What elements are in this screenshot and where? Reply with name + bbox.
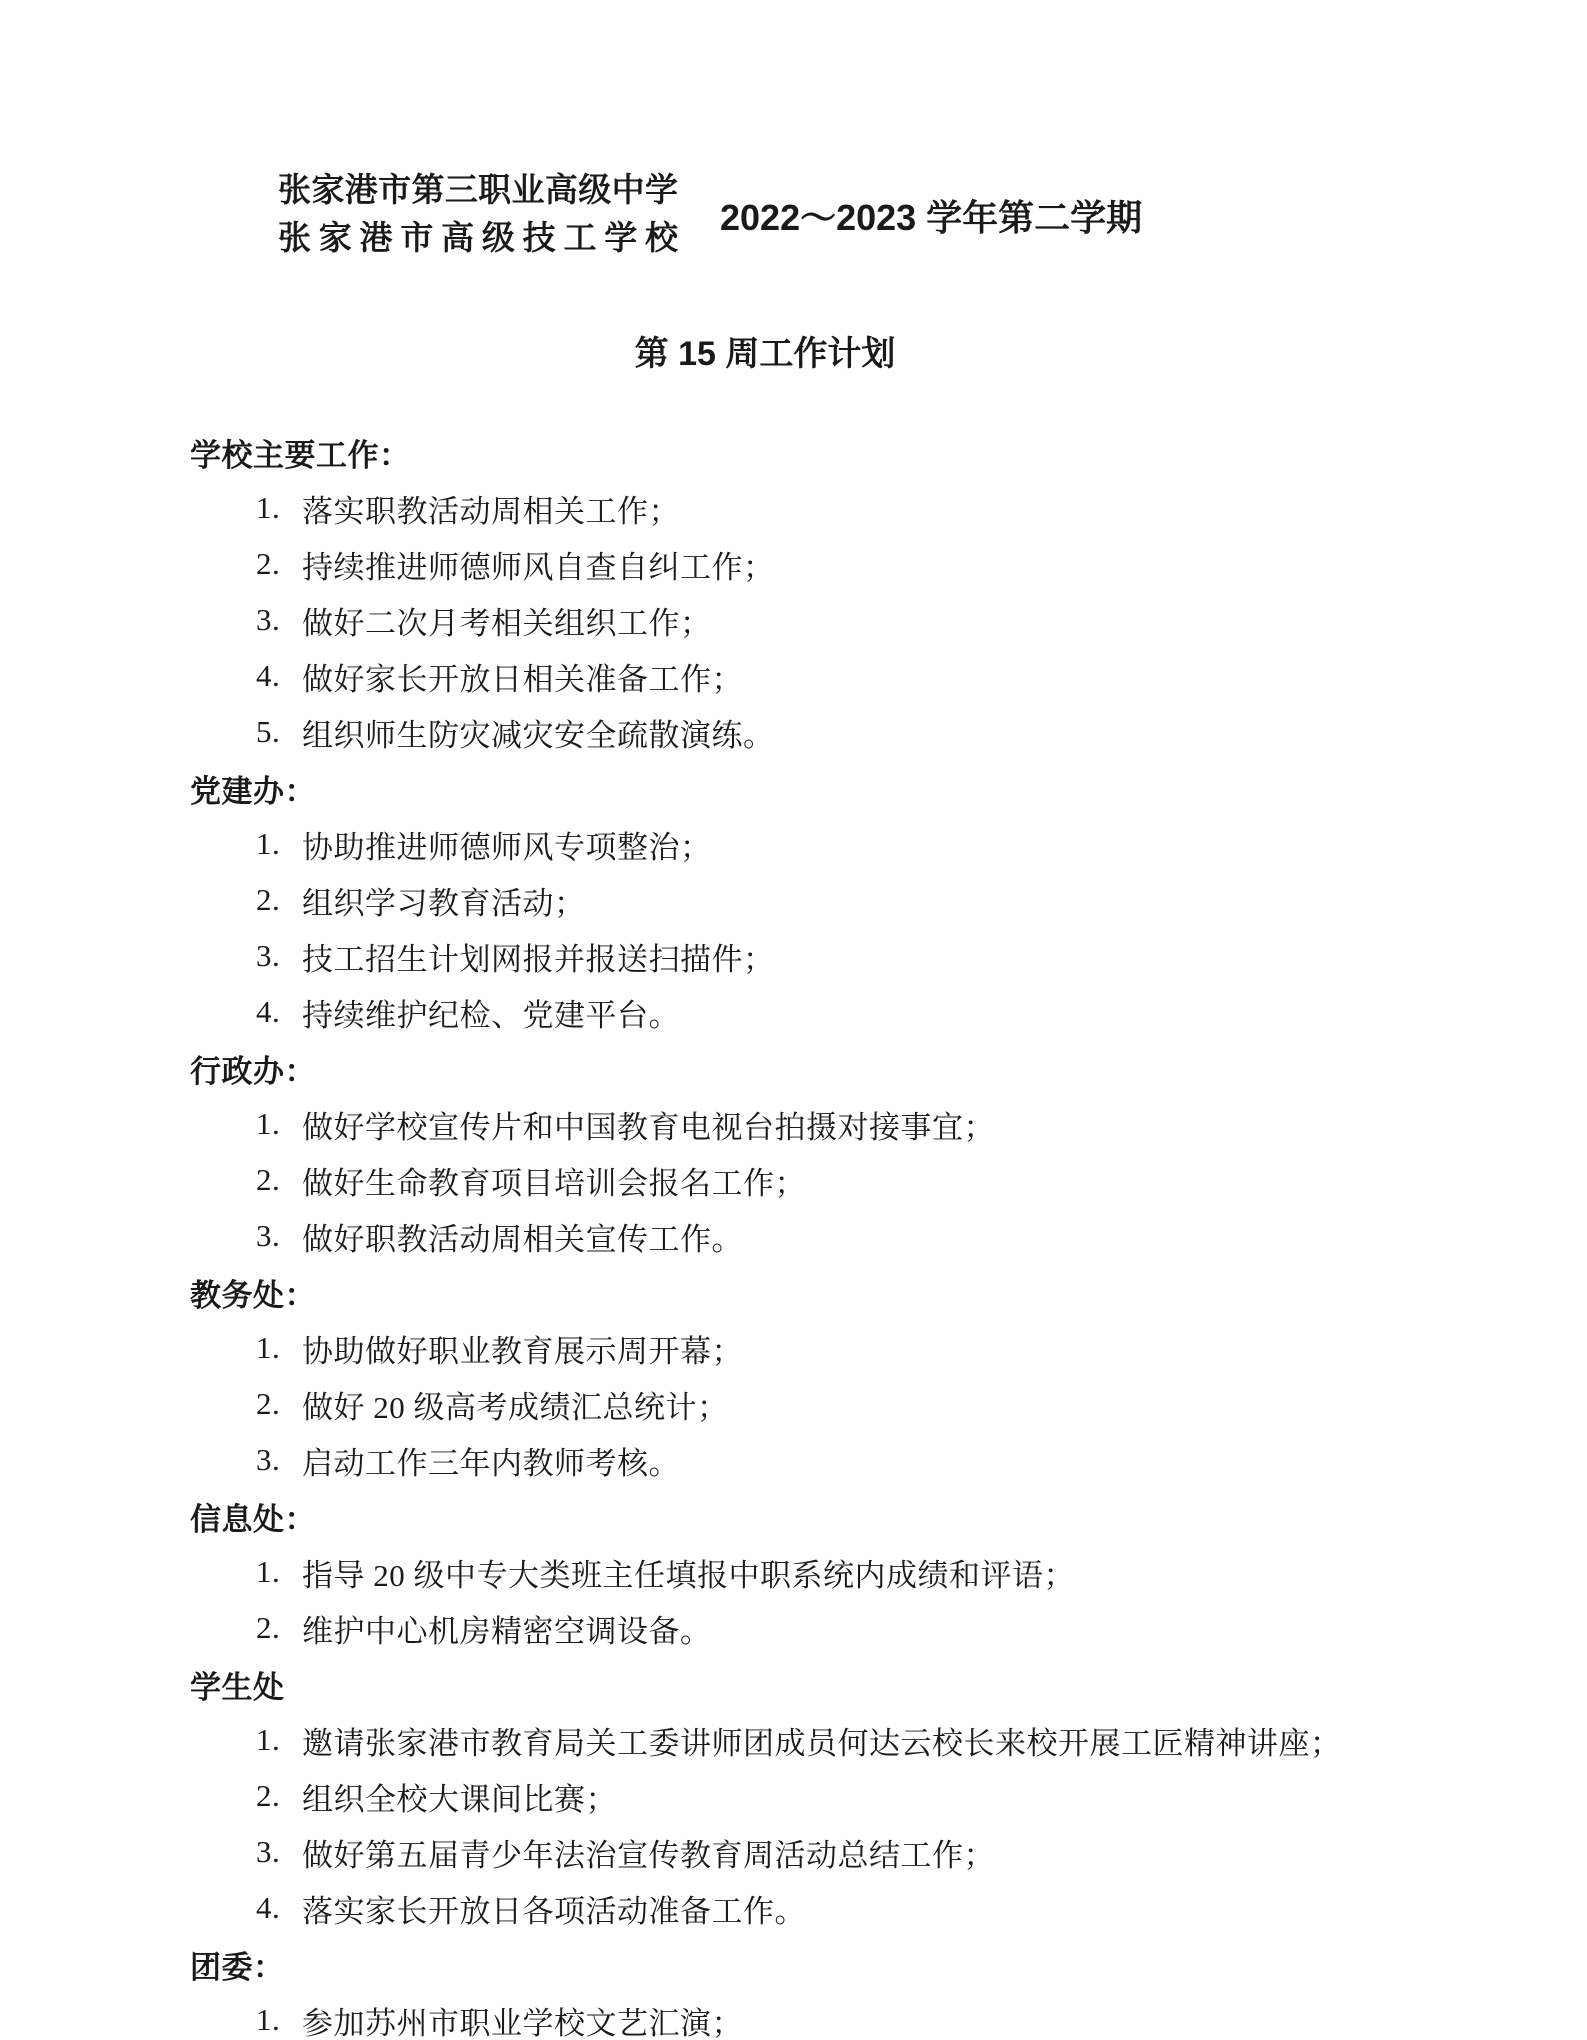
semester-label: 2022～2023 学年第二学期 xyxy=(720,190,1142,241)
item-number: 1. xyxy=(256,1554,302,1590)
list-item: 4. 做好家长开放日相关准备工作； xyxy=(190,648,1477,704)
section-heading: 学生处 xyxy=(190,1656,1477,1712)
item-number: 2. xyxy=(256,1386,302,1422)
list-item: 1. 落实职教活动周相关工作； xyxy=(190,480,1477,536)
list-item: 4. 落实家长开放日各项活动准备工作。 xyxy=(190,1880,1477,1936)
list-item: 3. 做好第五届青少年法治宣传教育周活动总结工作； xyxy=(190,1824,1477,1880)
item-text: 维护中心机房精密空调设备。 xyxy=(302,1606,712,1651)
item-number: 3. xyxy=(256,1442,302,1478)
item-number: 1. xyxy=(256,826,302,862)
list-item: 2. 维护中心机房精密空调设备。 xyxy=(190,1600,1477,1656)
item-text: 做好职教活动周相关宣传工作。 xyxy=(302,1214,743,1259)
item-number: 4. xyxy=(256,1890,302,1926)
item-text: 组织师生防灾减灾安全疏散演练。 xyxy=(302,710,775,755)
item-number: 4. xyxy=(256,994,302,1030)
item-number: 3. xyxy=(256,1218,302,1254)
item-text: 落实职教活动周相关工作； xyxy=(302,486,680,531)
item-number: 2. xyxy=(256,546,302,582)
item-number: 2. xyxy=(256,1778,302,1814)
item-number: 2. xyxy=(256,882,302,918)
item-number: 2. xyxy=(256,1162,302,1198)
list-item: 2. 持续推进师德师风自查自纠工作； xyxy=(190,536,1477,592)
list-item: 5. 组织师生防灾减灾安全疏散演练。 xyxy=(190,704,1477,760)
item-text: 组织全校大课间比赛； xyxy=(302,1774,617,1819)
item-number: 4. xyxy=(256,658,302,694)
list-item: 1. 做好学校宣传片和中国教育电视台拍摄对接事宜； xyxy=(190,1096,1477,1152)
item-text: 做好家长开放日相关准备工作； xyxy=(302,654,743,699)
item-text: 做好第五届青少年法治宣传教育周活动总结工作； xyxy=(302,1830,995,1875)
list-item: 1. 协助推进师德师风专项整治； xyxy=(190,816,1477,872)
list-item: 1. 指导 20 级中专大类班主任填报中职系统内成绩和评语； xyxy=(190,1544,1477,1600)
list-item: 1. 参加苏州市职业学校文艺汇演； xyxy=(190,1992,1477,2040)
list-item: 3. 做好职教活动周相关宣传工作。 xyxy=(190,1208,1477,1264)
document-page: 张家港市第三职业高级中学 张家港市高级技工学校 2022～2023 学年第二学期… xyxy=(0,0,1587,2040)
item-text: 技工招生计划网报并报送扫描件； xyxy=(302,934,775,979)
list-item: 4. 持续维护纪检、党建平台。 xyxy=(190,984,1477,1040)
item-text: 邀请张家港市教育局关工委讲师团成员何达云校长来校开展工匠精神讲座； xyxy=(302,1718,1342,1763)
school-name-line1: 张家港市第三职业高级中学 xyxy=(278,170,678,212)
item-text: 协助做好职业教育展示周开幕； xyxy=(302,1326,743,1371)
item-number: 2. xyxy=(256,1610,302,1646)
item-number: 1. xyxy=(256,1722,302,1758)
page-title: 第 15 周工作计划 xyxy=(0,326,1530,375)
item-text: 落实家长开放日各项活动准备工作。 xyxy=(302,1886,806,1931)
item-text: 做好生命教育项目培训会报名工作； xyxy=(302,1158,806,1203)
item-text: 启动工作三年内教师考核。 xyxy=(302,1438,680,1483)
item-text: 指导 20 级中专大类班主任填报中职系统内成绩和评语； xyxy=(302,1550,1075,1595)
item-text: 组织学习教育活动； xyxy=(302,878,586,923)
school-names: 张家港市第三职业高级中学 张家港市高级技工学校 xyxy=(278,170,678,260)
document-body: 学校主要工作： 1. 落实职教活动周相关工作； 2. 持续推进师德师风自查自纠工… xyxy=(190,424,1477,2040)
list-item: 2. 做好 20 级高考成绩汇总统计； xyxy=(190,1376,1477,1432)
item-text: 做好学校宣传片和中国教育电视台拍摄对接事宜； xyxy=(302,1102,995,1147)
item-number: 1. xyxy=(256,490,302,526)
item-number: 3. xyxy=(256,938,302,974)
item-number: 1. xyxy=(256,2002,302,2038)
list-item: 1. 协助做好职业教育展示周开幕； xyxy=(190,1320,1477,1376)
item-text: 持续维护纪检、党建平台。 xyxy=(302,990,680,1035)
section-heading: 信息处： xyxy=(190,1488,1477,1544)
item-number: 1. xyxy=(256,1106,302,1142)
item-text: 做好二次月考相关组织工作； xyxy=(302,598,712,643)
list-item: 3. 启动工作三年内教师考核。 xyxy=(190,1432,1477,1488)
item-text: 参加苏州市职业学校文艺汇演； xyxy=(302,1998,743,2040)
section-heading: 行政办： xyxy=(190,1040,1477,1096)
item-text: 协助推进师德师风专项整治； xyxy=(302,822,712,867)
item-number: 3. xyxy=(256,602,302,638)
school-name-line2: 张家港市高级技工学校 xyxy=(278,218,678,260)
section-heading: 学校主要工作： xyxy=(190,424,1477,480)
section-heading: 教务处： xyxy=(190,1264,1477,1320)
item-number: 3. xyxy=(256,1834,302,1870)
item-text: 做好 20 级高考成绩汇总统计； xyxy=(302,1382,729,1427)
item-text: 持续推进师德师风自查自纠工作； xyxy=(302,542,775,587)
list-item: 3. 技工招生计划网报并报送扫描件； xyxy=(190,928,1477,984)
list-item: 1. 邀请张家港市教育局关工委讲师团成员何达云校长来校开展工匠精神讲座； xyxy=(190,1712,1477,1768)
document-header: 张家港市第三职业高级中学 张家港市高级技工学校 2022～2023 学年第二学期 xyxy=(278,170,1142,260)
item-number: 1. xyxy=(256,1330,302,1366)
section-heading: 团委： xyxy=(190,1936,1477,1992)
list-item: 2. 组织全校大课间比赛； xyxy=(190,1768,1477,1824)
list-item: 2. 做好生命教育项目培训会报名工作； xyxy=(190,1152,1477,1208)
item-number: 5. xyxy=(256,714,302,750)
list-item: 3. 做好二次月考相关组织工作； xyxy=(190,592,1477,648)
section-heading: 党建办： xyxy=(190,760,1477,816)
list-item: 2. 组织学习教育活动； xyxy=(190,872,1477,928)
